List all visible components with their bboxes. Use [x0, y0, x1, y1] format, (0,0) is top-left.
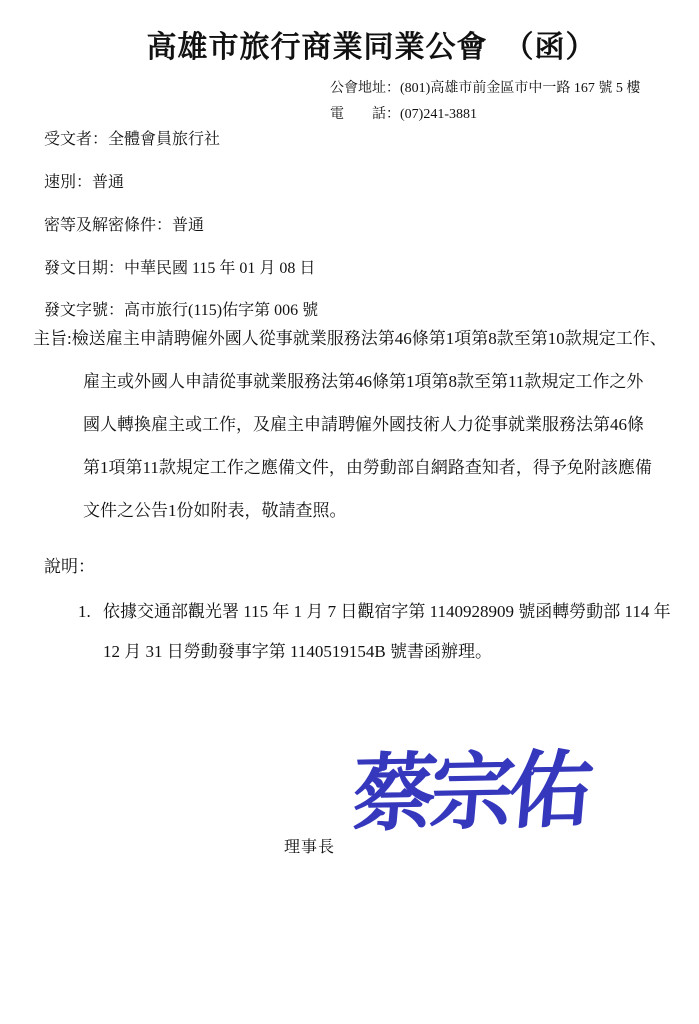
explanation-item-line: 12 月 31 日勞動發事字第 1140519154B 號書函辦理。 [78, 632, 671, 672]
field-issue-date-label: 發文日期： [44, 260, 124, 277]
field-recipient-value: 全體會員旅行社 [108, 131, 220, 148]
field-security-class-label: 密等及解密條件： [44, 217, 172, 234]
explanation-item-line: 1.依據交通部觀光署 115 年 1 月 7 日觀宿字第 1140928909 … [78, 592, 671, 632]
field-speed-class-label: 速別： [44, 174, 92, 191]
field-speed-class: 速別：普通 [44, 169, 124, 192]
subject-text: 檢送雇主申請聘僱外國人從事就業服務法第46條第1項第8款至第10款規定工作、 [72, 329, 667, 348]
contact-address-value: (801)高雄市前金區市中一路 167 號 5 樓 [400, 81, 640, 96]
page-title: 高雄市旅行商業同業公會 （函） [22, 22, 699, 66]
field-speed-class-value: 普通 [92, 174, 124, 191]
contact-block: 公會地址：(801)高雄市前金區市中一路 167 號 5 樓 電 話：(07)2… [330, 76, 640, 128]
field-recipient: 受文者：全體會員旅行社 [44, 126, 220, 149]
field-security-class-value: 普通 [172, 217, 204, 234]
subject-line: 文件之公告1份如附表，敬請查照。 [33, 489, 695, 532]
subject-label: 主旨: [33, 329, 72, 348]
subject-line: 國人轉換雇主或工作，及雇主申請聘僱外國技術人力從事就業服務法第46條 [33, 403, 695, 446]
explanation-item-number: 1. [78, 592, 103, 632]
field-issue-date: 發文日期：中華民國 115 年 01 月 08 日 [44, 255, 315, 278]
explanation-item-text: 依據交通部觀光署 115 年 1 月 7 日觀宿字第 1140928909 號函… [103, 602, 671, 621]
signature-role-label: 理事長 [284, 834, 335, 857]
field-issue-date-value: 中華民國 115 年 01 月 08 日 [124, 260, 315, 277]
explanation-list: 1.依據交通部觀光署 115 年 1 月 7 日觀宿字第 1140928909 … [78, 592, 671, 672]
contact-phone-label: 電 話： [330, 107, 400, 122]
subject-block: 主旨:檢送雇主申請聘僱外國人從事就業服務法第46條第1項第8款至第10款規定工作… [33, 317, 695, 532]
subject-line: 第1項第11款規定工作之應備文件，由勞動部自網路查知者，得予免附該應備 [33, 446, 695, 489]
subject-line: 雇主或外國人申請從事就業服務法第46條第1項第8款至第11款規定工作之外 [33, 360, 695, 403]
contact-phone-line: 電 話：(07)241-3881 [330, 102, 640, 128]
signature-name: 蔡宗佑 [348, 744, 591, 845]
contact-address-line: 公會地址：(801)高雄市前金區市中一路 167 號 5 樓 [330, 76, 640, 102]
explanation-label: 說明： [44, 552, 95, 577]
contact-phone-value: (07)241-3881 [400, 107, 477, 122]
field-security-class: 密等及解密條件：普通 [44, 212, 204, 235]
letter-document-page: 高雄市旅行商業同業公會 （函） 公會地址：(801)高雄市前金區市中一路 167… [0, 0, 699, 1024]
contact-address-label: 公會地址： [330, 81, 400, 96]
field-recipient-label: 受文者： [44, 131, 108, 148]
subject-line: 主旨:檢送雇主申請聘僱外國人從事就業服務法第46條第1項第8款至第10款規定工作… [33, 317, 695, 360]
